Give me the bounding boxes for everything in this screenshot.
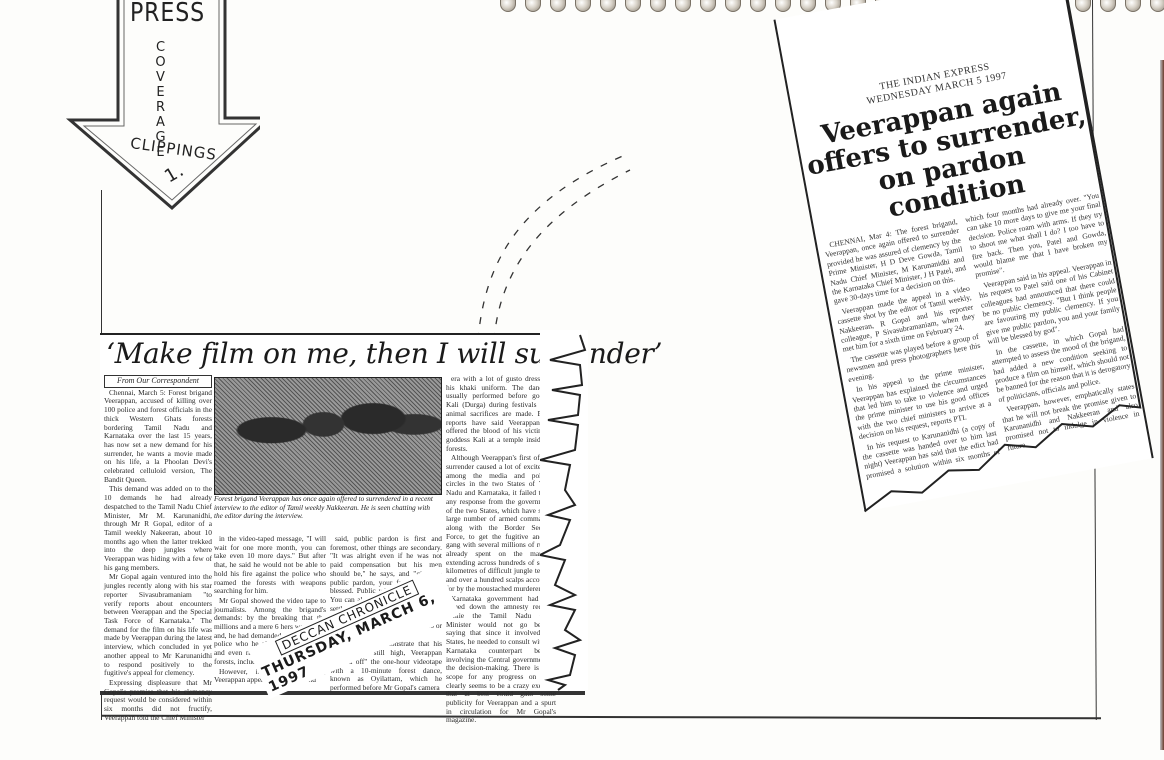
article-column: From Our Correspondent Chennai, March 5:… (104, 375, 212, 723)
byline: From Our Correspondent (104, 375, 212, 388)
photo-caption: Forest brigand Veerappan has once again … (214, 495, 440, 521)
article-paragraph: Chennai, March 5: Forest brigand Veerapp… (104, 389, 212, 485)
article-paragraph: This demand was added on to the 10 deman… (104, 485, 212, 572)
article-paragraph: Mr Gopal again ventured into the jungles… (104, 573, 212, 677)
clipping-deccan-chronicle: ‘Make film on me, then I will surrender’… (100, 333, 585, 695)
news-photo (214, 377, 442, 495)
article-paragraph: in the video-taped message, "I will wait… (214, 535, 326, 596)
article-paragraph: Expressing displeasure that Mr Gopal's p… (104, 679, 212, 723)
torn-edge-icon (540, 330, 630, 700)
